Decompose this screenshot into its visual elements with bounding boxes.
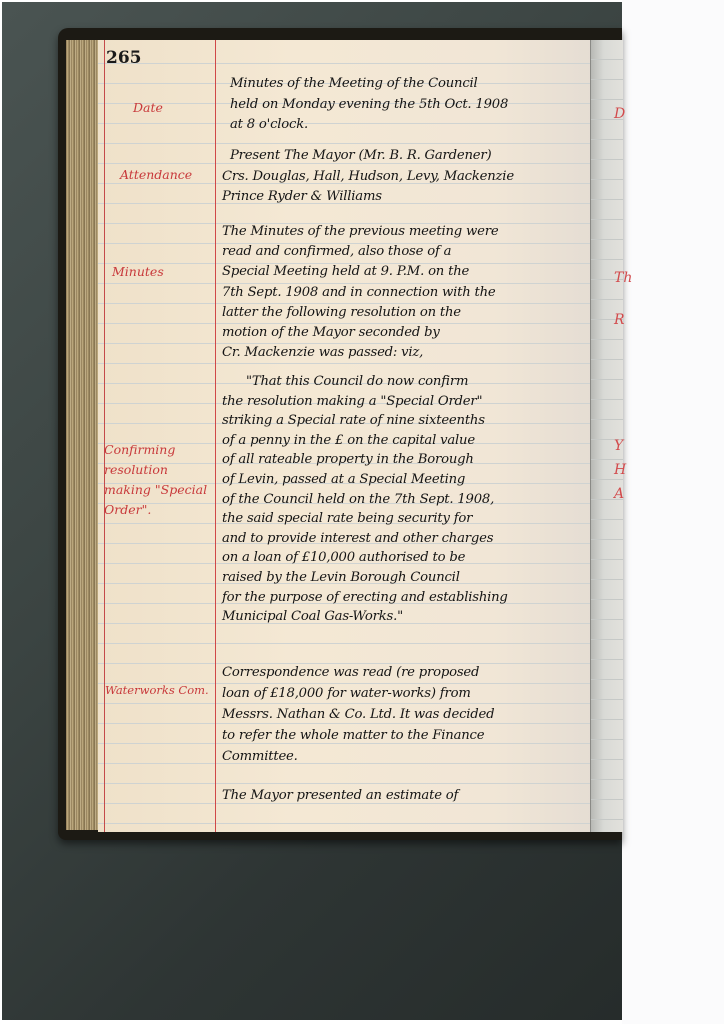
next-page-note: H — [614, 462, 626, 478]
text-line: of a penny in the £ on the capital value — [222, 431, 592, 451]
left-red-rule — [104, 40, 105, 832]
text-line: and to provide interest and other charge… — [222, 529, 592, 549]
text-line: loan of £18,000 for water-works) from — [222, 683, 592, 704]
correspondence-paragraph: Correspondence was read (re proposed loa… — [222, 662, 592, 767]
text-line: Messrs. Nathan & Co. Ltd. It was decided — [222, 704, 592, 725]
text-line: Crs. Douglas, Hall, Hudson, Levy, Macken… — [222, 167, 592, 188]
page-edges — [66, 40, 100, 830]
text-line: Committee. — [222, 746, 592, 767]
next-page-note: A — [614, 486, 624, 502]
text-line: Prince Ryder & Williams — [222, 187, 592, 208]
next-page-note: R — [614, 312, 625, 328]
text-line: at 8 o'clock. — [230, 115, 600, 136]
text-line: The Mayor presented an estimate of — [222, 786, 592, 807]
margin-note-line: Confirming — [104, 440, 207, 460]
margin-note-date: Date — [133, 98, 163, 118]
margin-note-attendance: Attendance — [120, 165, 192, 185]
text-line: held on Monday evening the 5th Oct. 1908 — [230, 95, 600, 116]
text-line: on a loan of £10,000 authorised to be — [222, 548, 592, 568]
text-line: Correspondence was read (re proposed — [222, 662, 592, 683]
scan-white-margin — [622, 0, 724, 1024]
margin-note-line: resolution — [104, 460, 207, 480]
margin-note-minutes: Minutes — [112, 262, 164, 282]
text-line: "That this Council do now confirm — [222, 372, 592, 392]
text-line: the resolution making a "Special Order" — [222, 392, 592, 412]
text-line: of Levin, passed at a Special Meeting — [222, 470, 592, 490]
next-page-note: Y — [614, 438, 623, 454]
text-line: The Minutes of the previous meeting were — [222, 222, 592, 242]
margin-note-waterworks: Waterworks Com. — [105, 680, 209, 700]
text-line: read and confirmed, also those of a — [222, 242, 592, 262]
resolution-paragraph: "That this Council do now confirm the re… — [222, 372, 592, 627]
margin-note-confirming: Confirming resolution making "Special Or… — [104, 440, 207, 520]
mayor-estimate-paragraph: The Mayor presented an estimate of — [222, 786, 592, 807]
margin-red-rule — [215, 40, 216, 832]
margin-note-line: Order". — [104, 500, 207, 520]
minutes-paragraph: The Minutes of the previous meeting were… — [222, 222, 592, 363]
text-line: motion of the Mayor seconded by — [222, 323, 592, 343]
minutes-heading: Minutes of the Meeting of the Council he… — [230, 74, 600, 136]
text-line: 7th Sept. 1908 and in connection with th… — [222, 283, 592, 303]
text-line: to refer the whole matter to the Finance — [222, 725, 592, 746]
text-line: latter the following resolution on the — [222, 303, 592, 323]
margin-note-line: making "Special — [104, 480, 207, 500]
text-line: of the Council held on the 7th Sept. 190… — [222, 490, 592, 510]
text-line: for the purpose of erecting and establis… — [222, 588, 592, 608]
text-line: Special Meeting held at 9. P.M. on the — [222, 262, 592, 282]
text-line: Municipal Coal Gas-Works." — [222, 607, 592, 627]
text-line: striking a Special rate of nine sixteent… — [222, 411, 592, 431]
text-line: of all rateable property in the Borough — [222, 450, 592, 470]
text-line: Minutes of the Meeting of the Council — [230, 74, 600, 95]
next-page-note: Th — [614, 270, 632, 286]
page-number: 265 — [106, 48, 142, 68]
text-line: raised by the Levin Borough Council — [222, 568, 592, 588]
adjacent-page-edge — [590, 40, 623, 832]
attendance-paragraph: Present The Mayor (Mr. B. R. Gardener) C… — [222, 146, 592, 208]
text-line: Cr. Mackenzie was passed: viz, — [222, 343, 592, 363]
text-line: the said special rate being security for — [222, 509, 592, 529]
next-page-note: D — [614, 106, 625, 122]
text-line: Present The Mayor (Mr. B. R. Gardener) — [222, 146, 592, 167]
